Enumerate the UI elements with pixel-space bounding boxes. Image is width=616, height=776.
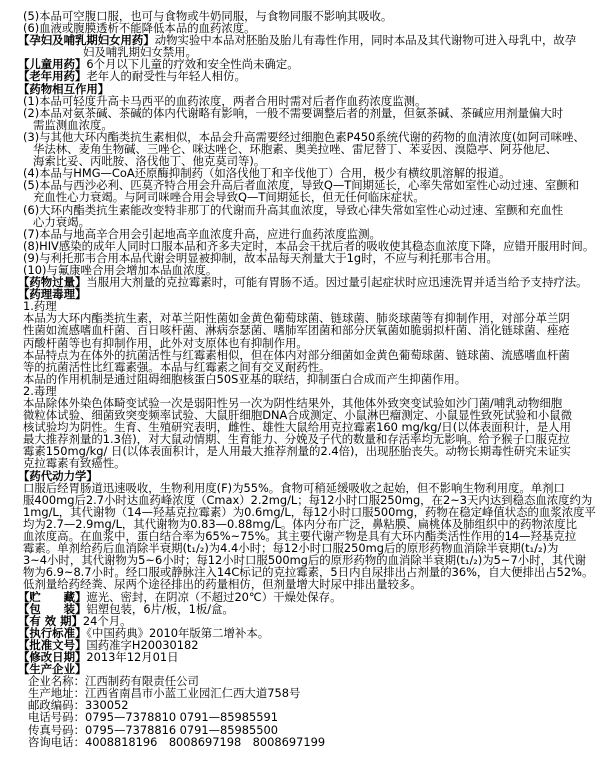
- doc-line: 咨询电话：4008818196 8008697198 8008697199: [0, 736, 616, 748]
- line-text: 2013年12月01日: [86, 650, 178, 664]
- line-text: 本品的作用机制是通过阻碍细胞核蛋白50S亚基的联结，抑制蛋白合成而产生抑菌作用。: [23, 372, 466, 386]
- line-text: (6)大环内酯类抗生素能改变特非那丁的代谢而升高其血浓度，导致心律失常如室性心动…: [23, 203, 563, 217]
- line-text: 当服用大剂量的克拉霉素时，可能有胃肠不适。因过量引起症状时应迅速洗胃并适当给予支…: [86, 275, 587, 289]
- doc-line: 【修改日期】2013年12月01日: [0, 651, 616, 663]
- doc-line: 【药物过量】当服用大剂量的克拉霉素时，可能有胃肠不适。因过量引起症状时应迅速洗胃…: [0, 276, 616, 288]
- doc-line: 本品的作用机制是通过阻碍细胞核蛋白50S亚基的联结，抑制蛋白合成而产生抑菌作用。: [0, 373, 616, 385]
- line-text: 动物实验中本品对胚胎及胎儿有毒性作用，同时本品及其代谢物可进入母乳中，故孕: [155, 33, 576, 47]
- doc-line: 【药理毒理】: [0, 288, 616, 300]
- doc-line: (6)大环内酯类抗生素能改变特非那丁的代谢而升高其血浓度，导致心律失常如室性心动…: [0, 204, 616, 216]
- document-body: (5)本品可空腹口服，也可与食物或牛奶同服，与食物同服不影响其吸收。(6)血液或…: [0, 10, 616, 748]
- line-text: 老年人的耐受性与年轻人相仿。: [86, 69, 245, 83]
- document-page: (5)本品可空腹口服，也可与食物或牛奶同服，与食物同服不影响其吸收。(6)血液或…: [0, 0, 616, 748]
- line-text: 咨询电话：4008818196 8008697198 8008697199: [28, 735, 325, 749]
